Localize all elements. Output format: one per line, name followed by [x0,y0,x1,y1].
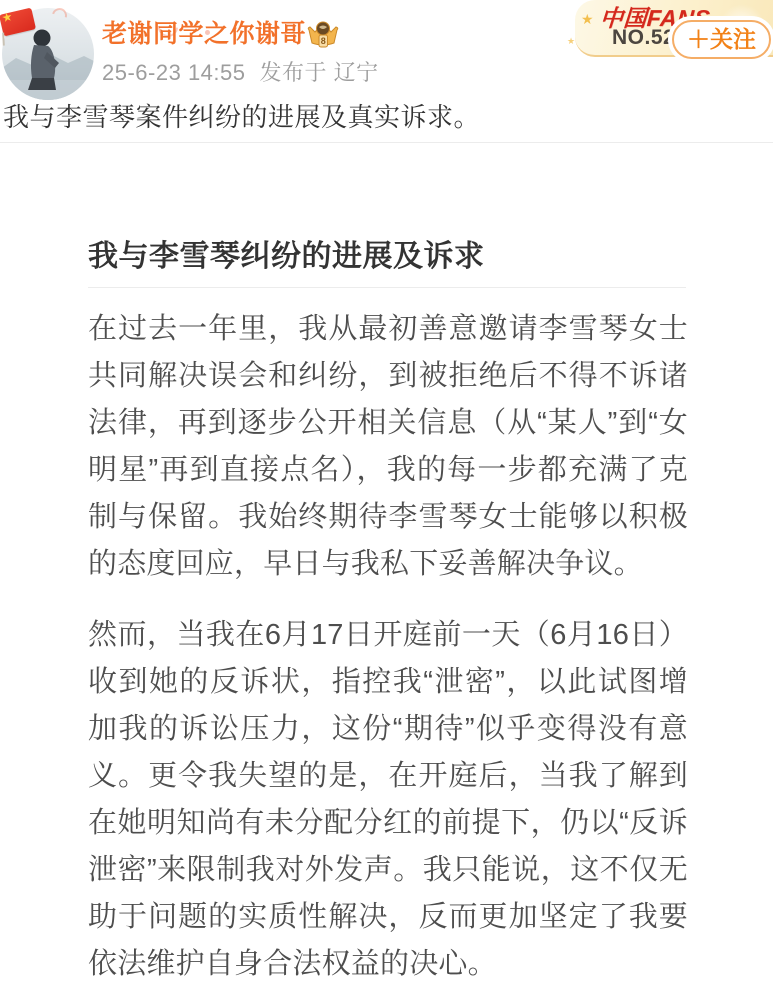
avatar[interactable] [2,8,94,100]
image-paragraph: 然而，当我在6月17日开庭前一天（6月16日）收到她的反诉状，指控我“泄密”，以… [88,612,688,983]
follow-button[interactable]: ＋关注 [672,20,771,59]
publish-location: 发布于 辽宁 [260,60,379,85]
title-underline [88,287,686,288]
post-image[interactable]: 我与李雪琴纠纷的进展及诉求 在过去一年里，我从最初善意邀请李雪琴女士共同解决误会… [0,143,773,983]
image-title: 我与李雪琴纠纷的进展及诉求 [88,240,773,273]
weibo-post-page: 老谢同学之你谢哥 8 25-6-23 14:55发布于 辽宁 中国FANS NO… [0,0,773,983]
post-meta: 25-6-23 14:55发布于 辽宁 [102,56,379,87]
svg-text:8: 8 [321,36,326,46]
timestamp: 25-6-23 14:55 [102,60,246,85]
vip-crown-icon: 8 [306,19,341,50]
post-text: 我与李雪琴案件纠纷的进展及真实诉求。 [3,97,480,134]
username[interactable]: 老谢同学之你谢哥 [102,14,306,50]
star-icon: ★ [581,11,594,28]
image-paragraph: 在过去一年里，我从最初善意邀请李雪琴女士共同解决误会和纠纷，到被拒绝后不得不诉诸… [88,306,688,588]
star-icon: ★ [567,36,575,47]
